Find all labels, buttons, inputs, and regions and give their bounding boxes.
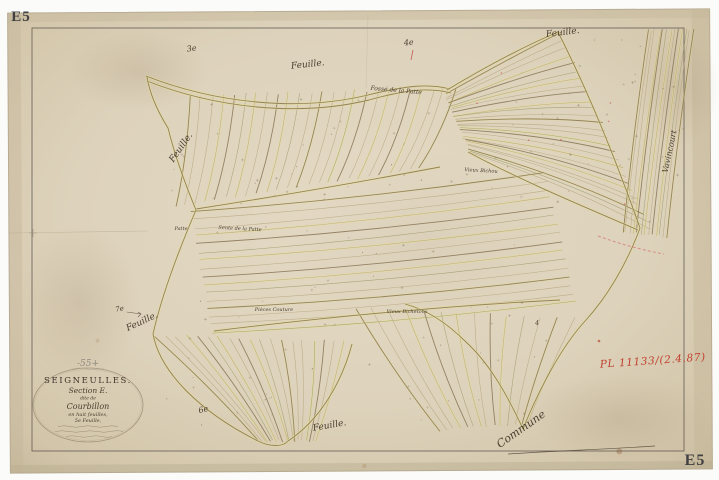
parcel-dot-mark [200,301,201,302]
red-dot-mark [560,139,562,141]
parcel-dot-mark [507,166,508,167]
label-4: 4 [534,320,539,327]
parcel-dot-mark [227,407,228,408]
parcel-dot-mark [362,252,363,253]
label-7e: 7e [115,304,125,313]
red-dot [598,340,601,343]
parcel-dot-mark [174,169,175,170]
cartouche-lieu-name: Courbillon [67,402,110,411]
parcel-dot-mark [188,357,189,358]
red-dot-mark [610,102,612,104]
parcel-dot-mark [291,173,292,174]
parcel-dot-mark [314,287,315,288]
stain-spot [362,464,366,468]
label-pieces-couture: Pièces Couture [254,306,294,313]
label-4e: 4e [402,37,414,47]
parcel-dot-mark [631,198,632,199]
red-dot-mark [476,102,478,104]
parcel-dot-mark [296,166,297,167]
paper-sheet [8,9,719,473]
red-dot-mark [501,72,503,74]
stain [20,221,141,382]
parcel-dot-mark [480,352,481,353]
parcel-dot-mark [619,165,620,166]
parcel-dot-mark [448,400,449,401]
label-vieux-bichetons: Vieux Bichetons [387,309,428,315]
parcel-dot-mark [389,184,390,185]
cartouche-dite: dite de [80,396,96,402]
parcel-dot-mark [271,414,272,415]
parcel-dot-mark [530,151,531,152]
parcel-dot-mark [635,74,636,75]
scanned-cadastral-map: 3eFeuille.Fossé de la Patte4eFeuille.Feu… [0,0,719,480]
parcel-dot-mark [217,133,218,134]
cartouche-section: Section E. [69,386,108,395]
parcel-dot-mark [255,183,256,184]
cartouche-pencil-number: -55+ [77,359,99,369]
parcel-dot-mark [421,180,422,181]
parcel-dot-mark [514,244,515,245]
parcel-dot-mark [553,143,554,144]
parcel-dot-mark [521,72,522,73]
parcel-dot-mark [201,424,202,425]
parcel-dot-mark [568,190,569,191]
parcel-dot-mark [557,202,558,203]
parcel-dot-mark [271,397,272,398]
parcel-dot-mark [403,143,404,144]
parcel-dot-mark [487,307,488,308]
parcel-dot-mark [266,393,267,394]
parcel-dot-mark [192,377,193,378]
label-patte: Patte [173,226,187,232]
parcel-dot-mark [274,195,275,196]
red-dot-mark [528,139,530,141]
parcel-dot-mark [238,317,239,318]
parcel-dot-mark [331,134,332,135]
parcel-dot-mark [440,345,441,346]
parcel-dot-mark [404,174,405,175]
parcel-dot-mark [512,124,513,125]
parcel-dot-mark [297,186,298,187]
parcel-dot-mark [534,356,535,357]
parcel-dot-mark [483,362,484,363]
parcel-dot-mark [478,399,479,400]
parcel-dot-mark [588,163,589,164]
parcel-dot-mark [391,164,392,165]
parcel-dot-mark [323,199,324,200]
parcel-dot-mark [640,46,641,47]
parcel-dot-mark [265,399,266,400]
cartouche-feuille-number: 5e Feuille, [75,418,102,424]
parcel-dot-mark [240,203,241,204]
parcel-dot-mark [166,398,167,399]
parcel-dot-mark [491,188,492,189]
parcel-dot-mark [303,144,304,145]
stain-spot [96,339,100,343]
parcel-dot-mark [662,88,663,89]
parcel-dot-mark [376,253,377,254]
red-dot-mark [608,121,610,123]
parcel-dot-mark [678,130,679,131]
parcel-dot-mark [312,368,313,369]
parcel-dot-mark [624,219,625,220]
parcel-dot-mark [682,128,683,129]
parcel-dot-mark [347,186,348,187]
parcel-dot-mark [410,398,411,399]
parcel-dot-mark [420,419,421,420]
parcel-dot-mark [471,307,472,308]
red-dot-mark [624,203,626,205]
parcel-dot-mark [262,301,263,302]
map-canvas: 3eFeuille.Fossé de la Patte4eFeuille.Feu… [0,0,719,480]
label-3e: 3e [186,43,197,53]
parcel-dot-mark [265,226,266,227]
parcel-dot-mark [269,398,270,399]
parcel-dot-mark [306,230,307,231]
sheet-stamp-top-left: E5 [11,9,31,25]
cartouche-title: SEIGNEULLES. [44,376,132,386]
parcel-dot-mark [373,276,374,277]
sheet-stamp-bottom-right: E5 [685,452,706,469]
